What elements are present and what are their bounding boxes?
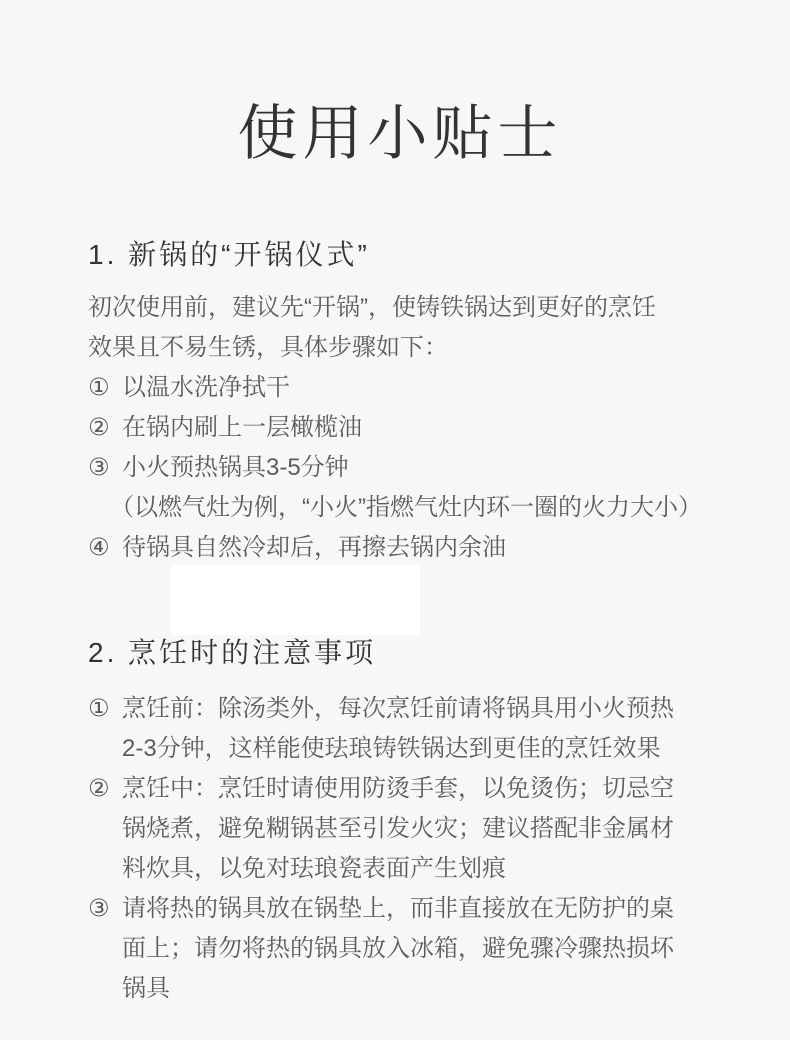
step-text: 小火预热锅具3-5分钟 （以燃气灶为例，“小火”指燃气灶内环一圈的火力大小）: [122, 448, 748, 528]
step-marker: ①: [88, 368, 122, 408]
step-text: 以温水洗净拭干: [122, 368, 748, 408]
section1-intro-line: 初次使用前，建议先“开锅”，使铸铁锅达到更好的烹饪: [88, 288, 748, 328]
page-title: 使用小贴士: [0, 100, 790, 168]
section2-heading: 2. 烹饪时的注意事项: [88, 636, 376, 670]
step-item: ② 在锅内刷上一层橄榄油: [88, 408, 748, 448]
step-marker: ①: [88, 689, 122, 729]
step-line: 请将热的锅具放在锅垫上，而非直接放在无防护的桌: [122, 889, 748, 929]
step-line: 烹饪前：除汤类外，每次烹饪前请将锅具用小火预热: [122, 689, 748, 729]
step-marker: ②: [88, 769, 122, 809]
usage-tips-document: { "page": { "background_color": "#f7f7f7…: [0, 0, 790, 1040]
step-line: 料炊具，以免对珐琅瓷表面产生划痕: [122, 849, 748, 889]
step-item: ③ 请将热的锅具放在锅垫上，而非直接放在无防护的桌 面上；请勿将热的锅具放入冰箱…: [88, 889, 748, 1009]
step-item: ④ 待锅具自然冷却后，再擦去锅内余油: [88, 528, 748, 568]
step-line: 待锅具自然冷却后，再擦去锅内余油: [122, 528, 748, 568]
step-line: 在锅内刷上一层橄榄油: [122, 408, 748, 448]
step-line: 面上；请勿将热的锅具放入冰箱，避免骤冷骤热损坏: [122, 929, 748, 969]
step-line: 锅烧煮，避免糊锅甚至引发火灾；建议搭配非金属材: [122, 809, 748, 849]
step-marker: ③: [88, 448, 122, 488]
step-text: 烹饪前：除汤类外，每次烹饪前请将锅具用小火预热 2-3分钟，这样能使珐琅铸铁锅达…: [122, 689, 748, 769]
step-line: 以温水洗净拭干: [122, 368, 748, 408]
step-line: 锅具: [122, 969, 748, 1009]
section1-heading: 1. 新锅的“开锅仪式”: [88, 238, 370, 272]
step-text: 在锅内刷上一层橄榄油: [122, 408, 748, 448]
section1-body: 初次使用前，建议先“开锅”，使铸铁锅达到更好的烹饪 效果且不易生锈，具体步骤如下…: [88, 288, 748, 568]
section1-intro-line: 效果且不易生锈，具体步骤如下：: [88, 328, 748, 368]
blank-patch: [170, 565, 420, 635]
step-item: ① 烹饪前：除汤类外，每次烹饪前请将锅具用小火预热 2-3分钟，这样能使珐琅铸铁…: [88, 689, 748, 769]
step-item: ③ 小火预热锅具3-5分钟 （以燃气灶为例，“小火”指燃气灶内环一圈的火力大小）: [88, 448, 748, 528]
step-line: 2-3分钟，这样能使珐琅铸铁锅达到更佳的烹饪效果: [122, 729, 748, 769]
section2-body: ① 烹饪前：除汤类外，每次烹饪前请将锅具用小火预热 2-3分钟，这样能使珐琅铸铁…: [88, 689, 748, 1009]
step-line: 烹饪中：烹饪时请使用防烫手套，以免烫伤；切忌空: [122, 769, 748, 809]
step-text: 请将热的锅具放在锅垫上，而非直接放在无防护的桌 面上；请勿将热的锅具放入冰箱，避…: [122, 889, 748, 1009]
step-marker: ③: [88, 889, 122, 929]
step-marker: ④: [88, 528, 122, 568]
step-item: ① 以温水洗净拭干: [88, 368, 748, 408]
step-text: 待锅具自然冷却后，再擦去锅内余油: [122, 528, 748, 568]
step-item: ② 烹饪中：烹饪时请使用防烫手套，以免烫伤；切忌空 锅烧煮，避免糊锅甚至引发火灾…: [88, 769, 748, 889]
step-text: 烹饪中：烹饪时请使用防烫手套，以免烫伤；切忌空 锅烧煮，避免糊锅甚至引发火灾；建…: [122, 769, 748, 889]
step-note-line: （以燃气灶为例，“小火”指燃气灶内环一圈的火力大小）: [110, 488, 748, 528]
step-marker: ②: [88, 408, 122, 448]
step-line: 小火预热锅具3-5分钟: [122, 448, 748, 488]
